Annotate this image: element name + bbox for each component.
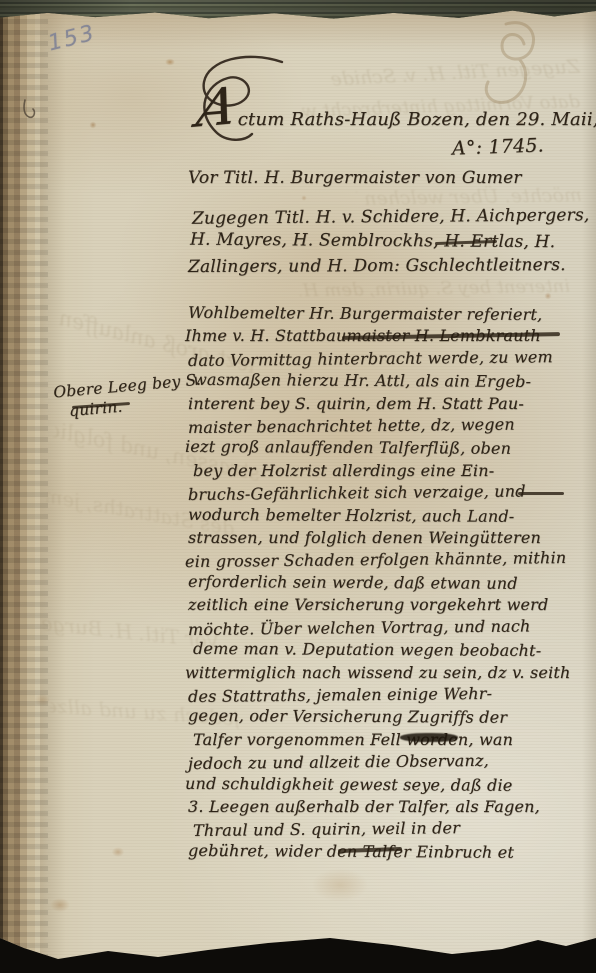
body-line: iezt groß anlauffenden Talferflüß, oben	[185, 436, 571, 461]
body-line: Thraul und S. quirin, weil in der	[193, 816, 571, 842]
binding-edge-left	[0, 8, 48, 973]
body-line: möchte. Über welchen Vortrag, und nach	[188, 615, 571, 641]
margin-note: Obere Leeg bey S. quirin.	[53, 370, 204, 423]
presence-line: Zallingers, und H. Dom: Gschlechtleitner…	[188, 252, 590, 279]
body-line: erforderlich sein werde, daß etwan und	[188, 571, 571, 596]
body-paragraph: Wohlbemelter Hr. Burgermaister referiert…	[188, 303, 571, 863]
body-line: gebühret, wider den Talfer Einbruch et	[188, 840, 571, 865]
paper-sheet: Zugegen Titl. H. v. Schidere, H. Aichper…	[0, 0, 596, 973]
body-line: interent bey S. quirin, dem H. Statt Pau…	[188, 393, 571, 415]
bleedthrough-text: interent bey S. quirin, dem H. Statt Pau…	[300, 276, 570, 302]
body-line: Talfer vorgenommen Fell worden, wan	[193, 729, 571, 751]
manuscript-scan: Zugegen Titl. H. v. Schidere, H. Aichper…	[0, 0, 596, 973]
presence-line: H. Mayres, H. Semblrockhs, H. Ertlas, H.	[190, 228, 590, 255]
header-line: Actum Raths-Hauß Bozen, den 29. Maii,	[198, 88, 596, 130]
body-line: und schuldigkheit gewest seye, daß die	[185, 772, 571, 797]
date-line: A°: 1745.	[452, 134, 545, 159]
header-text: ctum Raths-Hauß Bozen, den 29. Maii,	[238, 109, 596, 130]
presence-line: Zugegen Titl. H. v. Schidere, H. Aichper…	[192, 203, 590, 231]
body-line: Ihme v. H. Stattbaumaister H. Lembkrauth	[185, 325, 571, 347]
presence-list: Vor Titl. H. Burgermaister von Gumer Zug…	[188, 166, 589, 278]
bleedthrough-text: Zugegen Titl. H. v. Schidere, H. Aichper…	[330, 55, 581, 90]
body-line: jedoch zu und allzeit die Observanz,	[188, 749, 571, 775]
body-line: zeitlich eine Versicherung vorgekehrt we…	[188, 594, 571, 616]
right-edge-shade	[582, 0, 596, 973]
body-line: bruchs-Gefährlichkeit sich verzaige, und	[188, 480, 571, 506]
body-line: 3. Leegen außerhalb der Talfer, als Fage…	[188, 796, 571, 818]
body-line: gegen, oder Versicherung Zugriffs der	[188, 705, 571, 730]
presence-line: Vor Titl. H. Burgermaister von Gumer	[188, 166, 589, 191]
body-line: wittermiglich nach wissend zu sein, dz v…	[185, 662, 571, 684]
body-line: ein grosser Schaden erfolgen khännte, mi…	[185, 547, 571, 573]
folio-number: 153	[46, 21, 99, 57]
body-line: strassen, und folglich denen Weingüttere…	[188, 527, 571, 549]
body-line: bey der Holzrist allerdings eine Ein-	[193, 460, 571, 482]
body-line: wasmaßen hierzu Hr. Attl, als ain Ergeb-	[193, 369, 571, 394]
book-top-edge	[0, 0, 596, 19]
header-initial-letter: A	[194, 86, 239, 129]
body-line: Wohlbemelter Hr. Burgermaister referiert…	[188, 302, 571, 327]
body-line: deme man v. Deputation wegen beobacht-	[193, 638, 571, 663]
body-line: wodurch bemelter Holzrist, auch Land-	[188, 503, 571, 528]
